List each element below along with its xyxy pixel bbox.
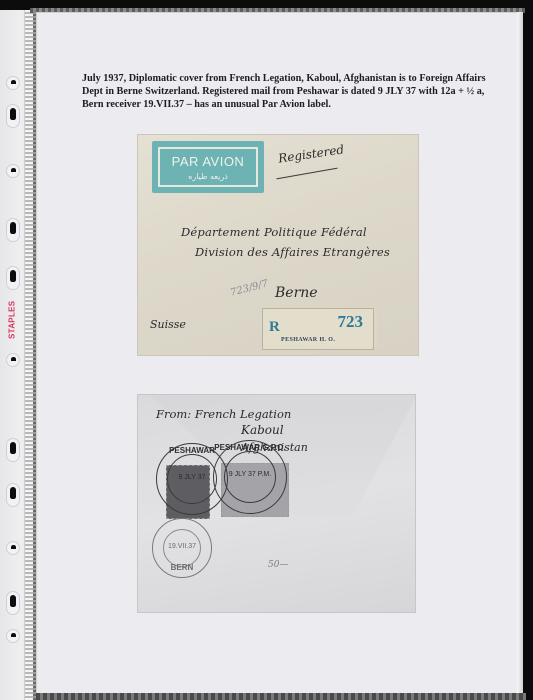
binder-hole — [6, 218, 20, 242]
binder-hole — [6, 591, 20, 615]
address-city: Berne — [275, 285, 318, 301]
sender-city: Kaboul — [241, 423, 284, 437]
binder-hole — [6, 353, 20, 367]
binder-hole — [6, 164, 20, 178]
back-pencil-note: 50— — [268, 560, 288, 570]
page-caption: July 1937, Diplomatic cover from French … — [82, 72, 492, 111]
brand-label: STAPLES — [2, 300, 22, 340]
par-avion-label-frame: PAR AVION ذریعه طیاره — [158, 147, 258, 187]
binder-hole — [6, 438, 20, 462]
binder-hole — [6, 104, 20, 128]
cover-front: PAR AVION ذریعه طیاره Registered Départe… — [138, 135, 418, 355]
page-right-edge — [517, 12, 523, 698]
registered-underline — [276, 168, 337, 180]
binder-hole — [6, 483, 20, 507]
binder-hole — [6, 541, 20, 555]
binder-hole — [6, 76, 20, 90]
registration-office: PESHAWAR H. O. — [281, 337, 335, 343]
par-avion-label: PAR AVION ذریعه طیاره — [152, 141, 264, 193]
address-line-1: Département Politique Fédéral — [181, 225, 367, 239]
registration-number: 723 — [338, 312, 364, 332]
registered-handwriting: Registered — [277, 142, 345, 165]
par-avion-title: PAR AVION — [160, 154, 256, 169]
postmark-peshawar-gpo: PESHAWAR G.P.O. 9 JLY 37 P.M. — [213, 440, 287, 514]
pencil-note: 723/9/7 — [229, 278, 269, 299]
postmark-bern-receiver: BERN 19.VII.37 — [152, 518, 212, 578]
postmark-office: PESHAWAR G.P.O. — [214, 443, 286, 452]
postmark-office: BERN — [153, 563, 211, 572]
page-bottom-edge — [36, 693, 526, 700]
address-line-2: Division des Affaires Etrangères — [195, 245, 390, 259]
postmark-date: 9 JLY 37 P.M. — [214, 471, 286, 478]
registration-label: R 723 PESHAWAR H. O. — [262, 308, 374, 350]
binder-hole — [6, 629, 20, 643]
address-country: Suisse — [150, 318, 186, 331]
sender-line: From: French Legation — [156, 407, 291, 421]
binder-hole — [6, 266, 20, 290]
postmark-date: 19.VII.37 — [153, 543, 211, 550]
par-avion-script: ذریعه طیاره — [160, 172, 256, 181]
cover-back: From: French Legation Kaboul Afghanistan… — [138, 395, 415, 612]
registration-letter: R — [269, 319, 280, 336]
